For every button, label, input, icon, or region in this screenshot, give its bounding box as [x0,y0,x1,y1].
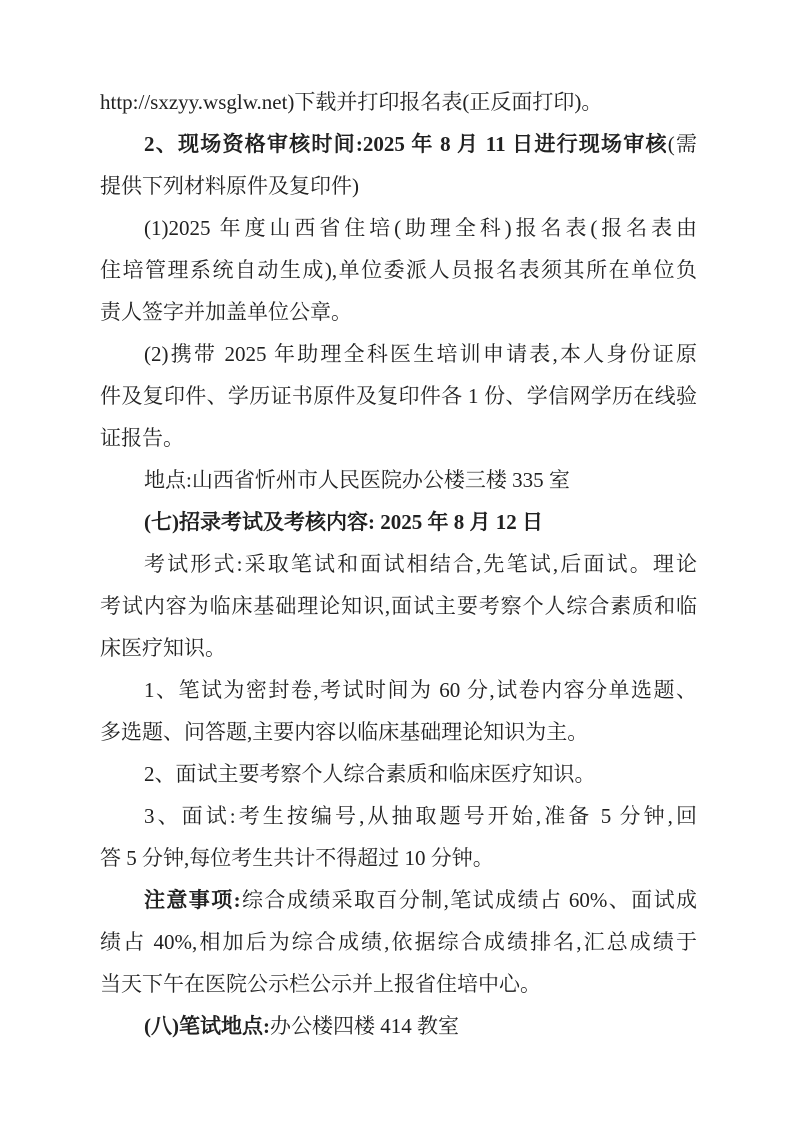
text-segment: 考试形式:采取笔试和面试相结合,先笔试,后面试。理论 [144,552,697,576]
text-line: 3、面试:考生按编号,从抽取题号开始,准备 5 分钟,回 [100,795,697,837]
text-segment: 住培管理系统自动生成),单位委派人员报名表须其所在单位负 [100,258,697,282]
text-segment: 当天下午在医院公示栏公示并上报省住培中心。 [100,972,541,996]
document-text-block: http://sxzyy.wsglw.net)下载并打印报名表(正反面打印)。2… [100,81,697,1047]
text-segment: 件及复印件、学历证书原件及复印件各 1 份、学信网学历在线验 [100,384,697,408]
bold-text-segment: 2、现场资格审核时间:2025 年 8 月 11 日进行现场审核 [144,132,668,156]
text-line: 多选题、问答题,主要内容以临床基础理论知识为主。 [100,711,697,753]
text-segment: (2)携带 2025 年助理全科医生培训申请表,本人身份证原 [144,342,697,366]
text-segment: 多选题、问答题,主要内容以临床基础理论知识为主。 [100,720,588,744]
text-segment: 1、笔试为密封卷,考试时间为 60 分,试卷内容分单选题、 [144,678,697,702]
text-line: 件及复印件、学历证书原件及复印件各 1 份、学信网学历在线验 [100,375,697,417]
text-line: 证报告。 [100,417,697,459]
text-line: 绩占 40%,相加后为综合成绩,依据综合成绩排名,汇总成绩于 [100,921,697,963]
text-line: 答 5 分钟,每位考生共计不得超过 10 分钟。 [100,837,697,879]
text-line: 2、面试主要考察个人综合素质和临床医疗知识。 [100,753,697,795]
bold-text-segment: 注意事项: [144,888,241,912]
text-segment: (1)2025 年度山西省住培(助理全科)报名表(报名表由 [144,216,697,240]
text-line: 提供下列材料原件及复印件) [100,165,697,207]
text-line: 当天下午在医院公示栏公示并上报省住培中心。 [100,963,697,1005]
text-segment: 提供下列材料原件及复印件) [100,174,359,198]
text-segment: 办公楼四楼 414 教室 [270,1014,459,1038]
text-line: (七)招录考试及考核内容: 2025 年 8 月 12 日 [100,501,697,543]
text-segment: 综合成绩采取百分制,笔试成绩占 60%、面试成 [241,888,697,912]
text-line: 考试内容为临床基础理论知识,面试主要考察个人综合素质和临 [100,585,697,627]
bold-text-segment: (八)笔试地点: [144,1014,270,1038]
text-segment: 证报告。 [100,426,184,450]
text-segment: 床医疗知识。 [100,636,226,660]
text-segment: 绩占 40%,相加后为综合成绩,依据综合成绩排名,汇总成绩于 [100,930,697,954]
text-segment: (需 [668,132,697,156]
text-line: 1、笔试为密封卷,考试时间为 60 分,试卷内容分单选题、 [100,669,697,711]
text-line: 地点:山西省忻州市人民医院办公楼三楼 335 室 [100,459,697,501]
text-segment: 地点:山西省忻州市人民医院办公楼三楼 335 室 [144,468,570,492]
text-segment: 责人签字并加盖单位公章。 [100,300,352,324]
text-line: 住培管理系统自动生成),单位委派人员报名表须其所在单位负 [100,249,697,291]
text-segment: 考试内容为临床基础理论知识,面试主要考察个人综合素质和临 [100,594,697,618]
document-page: http://sxzyy.wsglw.net)下载并打印报名表(正反面打印)。2… [0,0,793,1122]
text-line: http://sxzyy.wsglw.net)下载并打印报名表(正反面打印)。 [100,81,697,123]
text-line: 注意事项:综合成绩采取百分制,笔试成绩占 60%、面试成 [100,879,697,921]
text-line: (八)笔试地点:办公楼四楼 414 教室 [100,1005,697,1047]
bold-text-segment: (七)招录考试及考核内容: 2025 年 8 月 12 日 [144,510,543,534]
text-line: (2)携带 2025 年助理全科医生培训申请表,本人身份证原 [100,333,697,375]
text-segment: 答 5 分钟,每位考生共计不得超过 10 分钟。 [100,846,494,870]
text-line: 床医疗知识。 [100,627,697,669]
text-line: 考试形式:采取笔试和面试相结合,先笔试,后面试。理论 [100,543,697,585]
text-segment: 3、面试:考生按编号,从抽取题号开始,准备 5 分钟,回 [144,804,697,828]
text-segment: http://sxzyy.wsglw.net)下载并打印报名表(正反面打印)。 [100,90,602,114]
text-segment: 2、面试主要考察个人综合素质和临床医疗知识。 [144,762,596,786]
text-line: (1)2025 年度山西省住培(助理全科)报名表(报名表由 [100,207,697,249]
text-line: 责人签字并加盖单位公章。 [100,291,697,333]
text-line: 2、现场资格审核时间:2025 年 8 月 11 日进行现场审核(需 [100,123,697,165]
